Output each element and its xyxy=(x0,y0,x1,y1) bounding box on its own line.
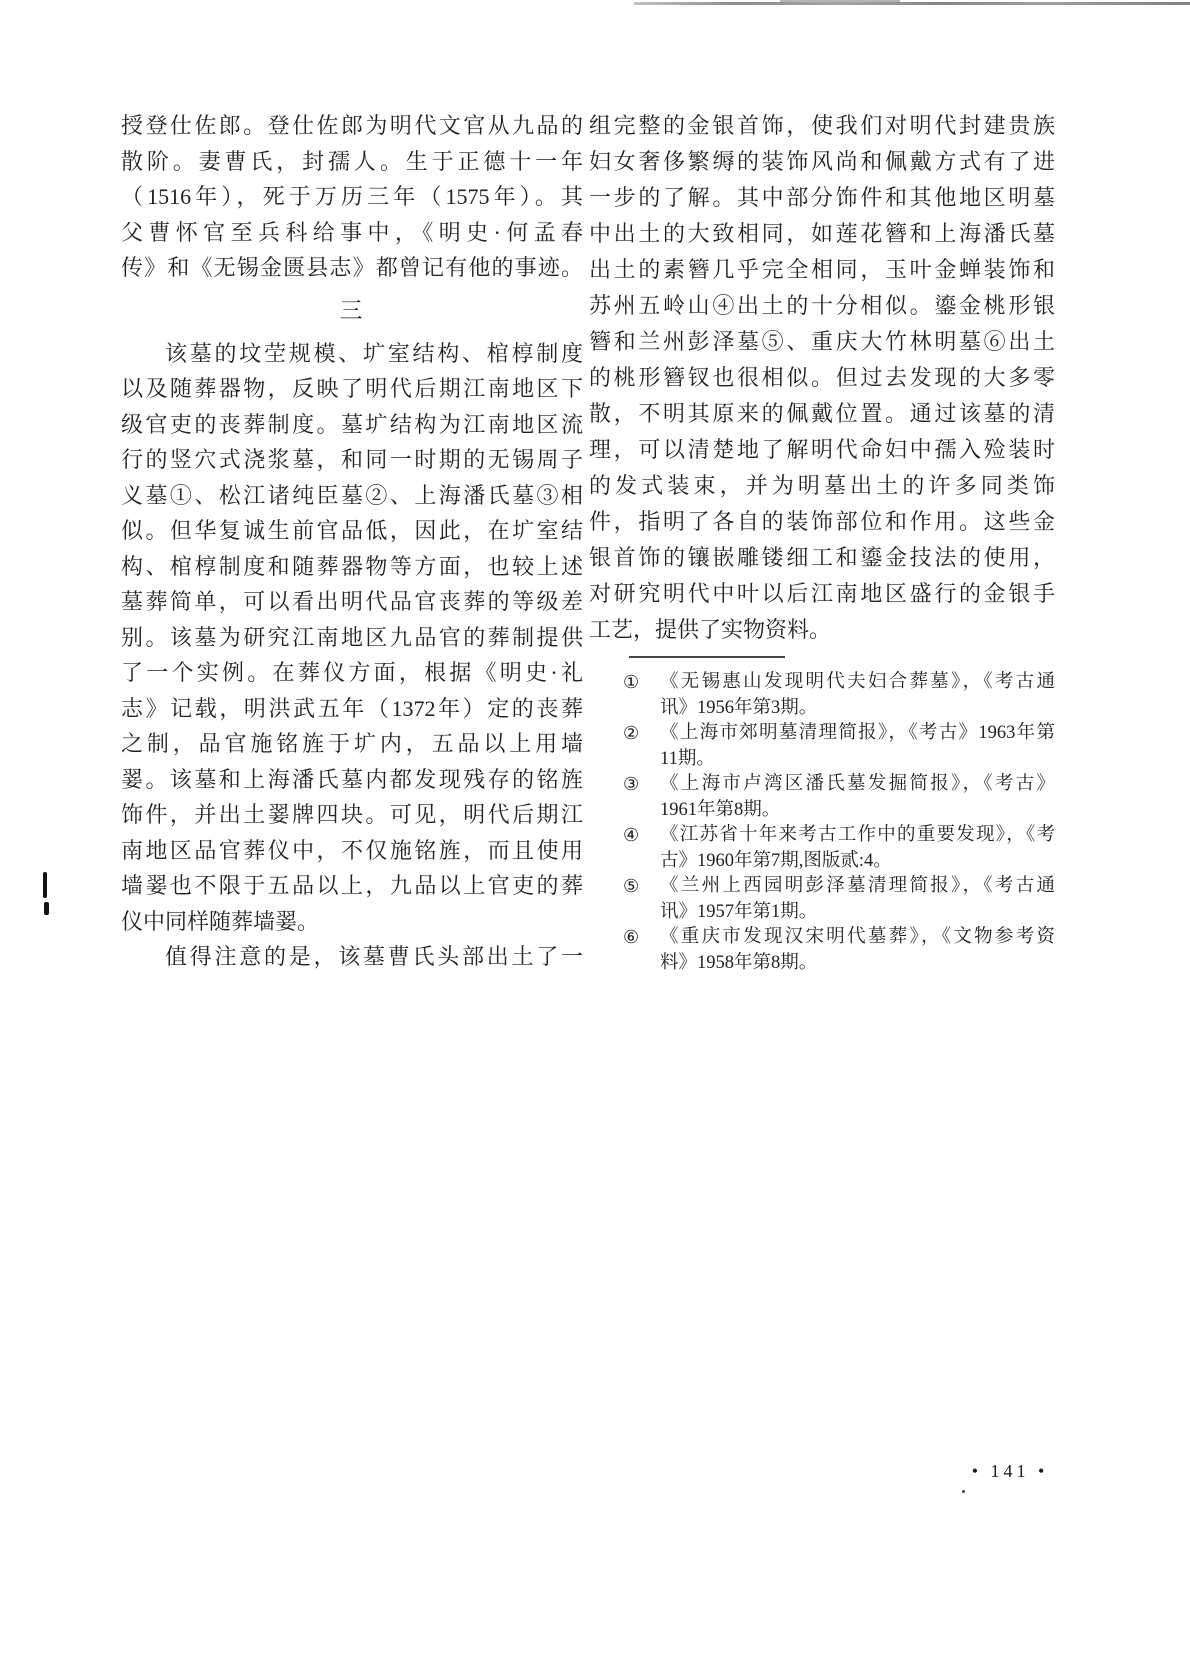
footnote-number: ③ xyxy=(623,772,639,798)
text-line: 志》记载，明洪武五年（1372年）定的丧葬 xyxy=(121,691,583,727)
footnote-line: 11期。 xyxy=(660,747,1055,773)
scanned-page: 授登仕佐郎。登仕佐郎为明代文官从九品的散阶。妻曹氏，封孺人。生于正德十一年（15… xyxy=(0,0,1190,1665)
text-line: 件，指明了各自的装饰部位和作用。这些金 xyxy=(589,504,1055,540)
paragraph: 该墓的坟茔规模、圹室结构、棺椁制度以及随葬器物，反映了明代后期江南地区下级官吏的… xyxy=(121,336,583,940)
text-line: 出土的素簪几乎完全相同，玉叶金蝉装饰和 xyxy=(589,252,1055,288)
text-line: 工艺，提供了实物资料。 xyxy=(589,612,1055,648)
footnote: ⑥《重庆市发现汉宋明代墓葬》，《文物参考资料》1958年第8期。 xyxy=(589,925,1055,976)
footnote-line: 料》1958年第8期。 xyxy=(660,951,1055,977)
paragraph: 值得注意的是，该墓曹氏头部出土了一 xyxy=(121,939,583,975)
text-line: 墓葬简单，可以看出明代品官丧葬的等级差 xyxy=(121,584,583,620)
footnote-line: 《上海市卢湾区潘氏墓发掘简报》，《考古》 xyxy=(660,772,1055,798)
text-line: 理，可以清楚地了解明代命妇中孺入殓装时 xyxy=(589,432,1055,468)
right-column: 组完整的金银首饰，使我们对明代封建贵族妇女奢侈繁缛的装饰风尚和佩戴方式有了进一步… xyxy=(589,108,1055,976)
scan-artifact-left-mark xyxy=(43,872,47,898)
footnote-line: 《无锡惠山发现明代夫妇合葬墓》，《考古通 xyxy=(660,670,1055,696)
right-column-body: 组完整的金银首饰，使我们对明代封建贵族妇女奢侈繁缛的装饰风尚和佩戴方式有了进一步… xyxy=(589,108,1055,648)
footnote-line: 《上海市郊明墓清理简报》，《考古》1963年第 xyxy=(660,721,1055,747)
text-line: 以及随葬器物，反映了明代后期江南地区下 xyxy=(121,371,583,407)
text-line: 一步的了解。其中部分饰件和其他地区明墓 xyxy=(589,180,1055,216)
section-heading: 三 xyxy=(121,294,583,328)
text-line: 父曹怀官至兵科给事中，《明史·何孟春 xyxy=(121,215,583,251)
footnote-number: ② xyxy=(623,721,639,747)
text-line: 了一个实例。在葬仪方面，根据《明史·礼 xyxy=(121,655,583,691)
text-line: （1516年），死于万历三年（1575年）。其 xyxy=(121,179,583,215)
footnote-line: 《兰州上西园明彭泽墓清理简报》，《考古通 xyxy=(660,874,1055,900)
text-line: 的发式装束，并为明墓出土的许多同类饰 xyxy=(589,468,1055,504)
text-line: 饰件，并出土翣牌四块。可见，明代后期江 xyxy=(121,797,583,833)
scan-artifact-top-line xyxy=(634,2,1190,5)
footnote-number: ④ xyxy=(623,823,639,849)
footnote-number: ⑥ xyxy=(623,925,639,951)
text-line: 银首饰的镶嵌雕镂细工和鎏金技法的使用， xyxy=(589,540,1055,576)
text-line: 簪和兰州彭泽墓⑤、重庆大竹林明墓⑥出土 xyxy=(589,324,1055,360)
text-line: 似。但华复诚生前官品低，因此，在圹室结 xyxy=(121,513,583,549)
text-line: 的桃形簪钗也很相似。但过去发现的大多零 xyxy=(589,360,1055,396)
text-line: 值得注意的是，该墓曹氏头部出土了一 xyxy=(121,939,583,975)
footnote-line: 讯》1957年第1期。 xyxy=(660,900,1055,926)
text-line: 仪中同样随葬墙翣。 xyxy=(121,904,583,940)
text-line: 构、棺椁制度和随葬器物等方面，也较上述 xyxy=(121,549,583,585)
text-line: 授登仕佐郎。登仕佐郎为明代文官从九品的 xyxy=(121,108,583,144)
footnote-line: 《江苏省十年来考古工作中的重要发现》，《考 xyxy=(660,823,1055,849)
text-line: 对研究明代中叶以后江南地区盛行的金银手 xyxy=(589,576,1055,612)
scan-artifact-left-mark xyxy=(44,902,49,915)
text-line: 墙翣也不限于五品以上，九品以上官吏的葬 xyxy=(121,868,583,904)
text-line: 散，不明其原来的佩戴位置。通过该墓的清 xyxy=(589,396,1055,432)
text-line: 别。该墓为研究江南地区九品官的葬制提供 xyxy=(121,620,583,656)
text-line: 义墓①、松江诸纯臣墓②、上海潘氏墓③相 xyxy=(121,478,583,514)
text-line: 翣。该墓和上海潘氏墓内都发现残存的铭旌 xyxy=(121,762,583,798)
text-line: 传》和《无锡金匮县志》都曾记有他的事迹。 xyxy=(121,250,583,286)
footnote-number: ① xyxy=(623,670,639,696)
page-number: • 141 • xyxy=(930,1461,1090,1482)
text-line: 妇女奢侈繁缛的装饰风尚和佩戴方式有了进 xyxy=(589,144,1055,180)
footnote-line: 《重庆市发现汉宋明代墓葬》，《文物参考资 xyxy=(660,925,1055,951)
left-column: 授登仕佐郎。登仕佐郎为明代文官从九品的散阶。妻曹氏，封孺人。生于正德十一年（15… xyxy=(121,108,583,975)
text-line: 苏州五岭山④出土的十分相似。鎏金桃形银 xyxy=(589,288,1055,324)
footnote-list: ①《无锡惠山发现明代夫妇合葬墓》，《考古通讯》1956年第3期。②《上海市郊明墓… xyxy=(589,670,1055,976)
scan-artifact-dot xyxy=(962,1490,965,1493)
text-line: 散阶。妻曹氏，封孺人。生于正德十一年 xyxy=(121,144,583,180)
footnote-line: 讯》1956年第3期。 xyxy=(660,696,1055,722)
scan-artifact-top-line-highlight xyxy=(780,0,900,2)
text-line: 行的竖穴式浇浆墓，和同一时期的无锡周子 xyxy=(121,442,583,478)
footnote: ③《上海市卢湾区潘氏墓发掘简报》，《考古》1961年第8期。 xyxy=(589,772,1055,823)
text-line: 之制，品官施铭旌于圹内，五品以上用墙 xyxy=(121,726,583,762)
footnote-number: ⑤ xyxy=(623,874,639,900)
footnote: ④《江苏省十年来考古工作中的重要发现》，《考古》1960年第7期,图版贰:4。 xyxy=(589,823,1055,874)
text-line: 组完整的金银首饰，使我们对明代封建贵族 xyxy=(589,108,1055,144)
text-line: 该墓的坟茔规模、圹室结构、棺椁制度 xyxy=(121,336,583,372)
footnote-line: 1961年第8期。 xyxy=(660,798,1055,824)
text-line: 级官吏的丧葬制度。墓圹结构为江南地区流 xyxy=(121,407,583,443)
text-line: 南地区品官葬仪中，不仅施铭旌，而且使用 xyxy=(121,833,583,869)
paragraph: 授登仕佐郎。登仕佐郎为明代文官从九品的散阶。妻曹氏，封孺人。生于正德十一年（15… xyxy=(121,108,583,286)
text-line: 中出土的大致相同，如莲花簪和上海潘氏墓 xyxy=(589,216,1055,252)
footnote-separator xyxy=(629,656,785,658)
footnote-line: 古》1960年第7期,图版贰:4。 xyxy=(660,849,1055,875)
footnote: ①《无锡惠山发现明代夫妇合葬墓》，《考古通讯》1956年第3期。 xyxy=(589,670,1055,721)
footnote: ②《上海市郊明墓清理简报》，《考古》1963年第11期。 xyxy=(589,721,1055,772)
footnote: ⑤《兰州上西园明彭泽墓清理简报》，《考古通讯》1957年第1期。 xyxy=(589,874,1055,925)
